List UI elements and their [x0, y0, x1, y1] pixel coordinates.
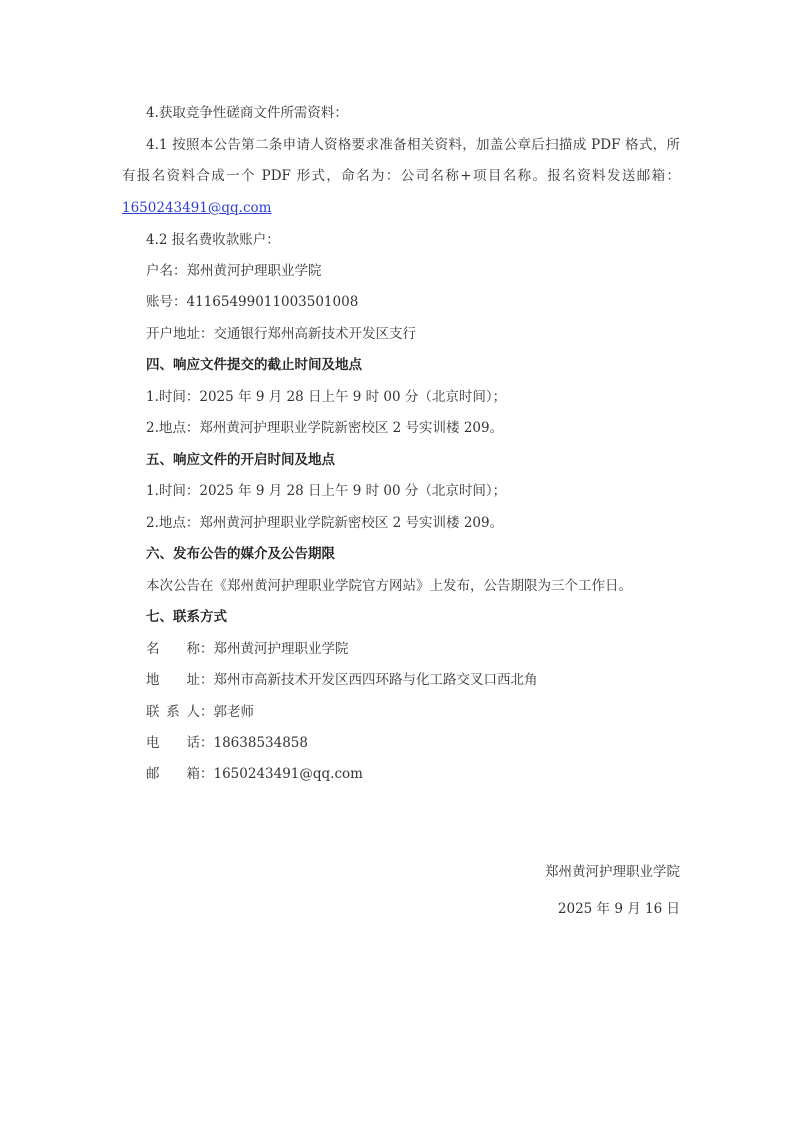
contact-row-name: 名称：郑州黄河护理职业学院	[146, 639, 349, 659]
contact-label: 电话	[146, 733, 200, 753]
contact-value: 郑州黄河护理职业学院	[214, 641, 349, 657]
part-7-heading: 七、联系方式	[146, 607, 227, 627]
part-5-place: 2.地点：郑州黄河护理职业学院新密校区 2 号实训楼 209。	[146, 513, 503, 533]
contact-value: 18638534858	[214, 735, 308, 751]
item-4-1-line2: 有报名资料合成一个 PDF 形式，命名为：公司名称+项目名称。报名资料发送邮箱：	[122, 166, 680, 186]
contact-row-email: 邮箱：1650243491@qq.com	[146, 764, 363, 784]
contact-label: 邮箱	[146, 764, 200, 784]
signature-organization: 郑州黄河护理职业学院	[545, 862, 680, 882]
part-5-heading: 五、响应文件的开启时间及地点	[146, 450, 335, 470]
contact-row-phone: 电话：18638534858	[146, 733, 308, 753]
contact-value: 郑州市高新技术开发区西四环路与化工路交叉口西北角	[214, 672, 538, 688]
contact-label: 联系人	[146, 702, 200, 722]
item-4-1-line1: 4.1 按照本公告第二条申请人资格要求准备相关资料，加盖公章后扫描成 PDF 格…	[146, 135, 680, 155]
bank-address: 开户地址：交通银行郑州高新技术开发区支行	[146, 324, 416, 344]
item-4-2-heading: 4.2 报名费收款账户：	[146, 230, 280, 250]
section-4-heading: 4.获取竞争性磋商文件所需资料：	[146, 103, 348, 123]
part-4-heading: 四、响应文件提交的截止时间及地点	[146, 355, 362, 375]
account-number: 账号：41165499011003501008	[146, 292, 358, 312]
part-5-time: 1.时间：2025 年 9 月 28 日上午 9 时 00 分（北京时间）；	[146, 481, 506, 501]
contact-label: 名称	[146, 639, 200, 659]
part-6-heading: 六、发布公告的媒介及公告期限	[146, 544, 335, 564]
account-name: 户名：郑州黄河护理职业学院	[146, 261, 322, 281]
email-link[interactable]: 1650243491@qq.com	[122, 198, 271, 218]
part-6-text: 本次公告在《郑州黄河护理职业学院官方网站》上发布，公告期限为三个工作日。	[146, 576, 632, 596]
contact-label: 地址	[146, 670, 200, 690]
contact-row-person: 联系人：郭老师	[146, 702, 254, 722]
contact-value: 1650243491@qq.com	[214, 766, 363, 782]
part-4-place: 2.地点：郑州黄河护理职业学院新密校区 2 号实训楼 209。	[146, 418, 503, 438]
contact-row-address: 地址：郑州市高新技术开发区西四环路与化工路交叉口西北角	[146, 670, 538, 690]
part-4-time: 1.时间：2025 年 9 月 28 日上午 9 时 00 分（北京时间）；	[146, 387, 506, 407]
contact-value: 郭老师	[214, 704, 255, 720]
signature-date: 2025 年 9 月 16 日	[558, 899, 680, 919]
